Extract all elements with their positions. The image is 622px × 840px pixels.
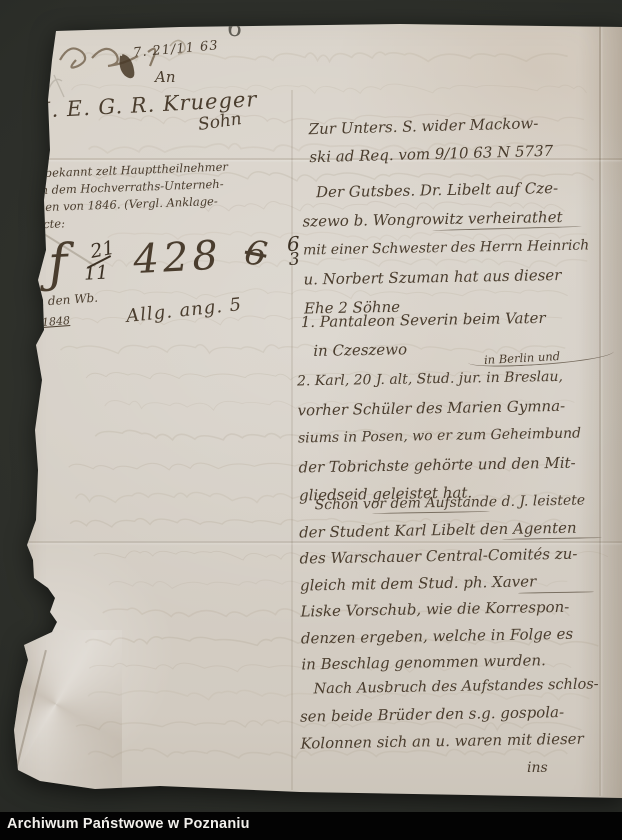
reference-block: Zur Unters. S. wider Mackow- ski ad Req.… bbox=[308, 109, 553, 171]
registry-number: 428 bbox=[132, 233, 223, 284]
archive-watermark-label: Archiwum Państwowe w Poznaniu bbox=[7, 816, 250, 832]
pencil-folio-number: 6 bbox=[226, 13, 244, 42]
mark-2-bottom: 3 bbox=[288, 253, 300, 269]
paragraph-aufstand: Nach Ausbruch des Aufstandes schlos- sen… bbox=[299, 671, 600, 757]
text-line: Kolonnen sich an u. waren mit dieser bbox=[300, 725, 600, 757]
paragraph-vorschub: Schon vor dem Aufstande d. J. leistete d… bbox=[298, 488, 588, 678]
side-note-2: 1848 bbox=[42, 314, 71, 329]
text-line: 1. Pantaleon Severin beim Vater bbox=[301, 304, 546, 337]
archive-scan-view: 6 7. 21/11 63 An H. E. G. R. Krueger Soh… bbox=[0, 0, 622, 840]
document-sheet: 6 7. 21/11 63 An H. E. G. R. Krueger Soh… bbox=[0, 0, 622, 840]
paragraph-intro: Der Gutsbes. Dr. Libelt auf Cze- szewo b… bbox=[302, 174, 591, 324]
date-fraction: 21 11 bbox=[85, 240, 113, 283]
left-note-block: F bekannt zelt Haupttheilnehmer an dem H… bbox=[33, 159, 230, 234]
catchword: ins bbox=[527, 760, 548, 776]
salutation: An bbox=[155, 68, 176, 86]
document-sheet-wrap: 6 7. 21/11 63 An H. E. G. R. Krueger Soh… bbox=[0, 0, 622, 840]
registry-mark-1: 6 bbox=[241, 232, 270, 275]
fraction-denominator: 11 bbox=[83, 263, 108, 283]
flourish-mark: ƒ bbox=[47, 234, 69, 295]
registry-mark-2: 6 3 bbox=[287, 235, 301, 269]
watermark-bar: Archiwum Państwowe w Poznaniu bbox=[0, 812, 622, 840]
